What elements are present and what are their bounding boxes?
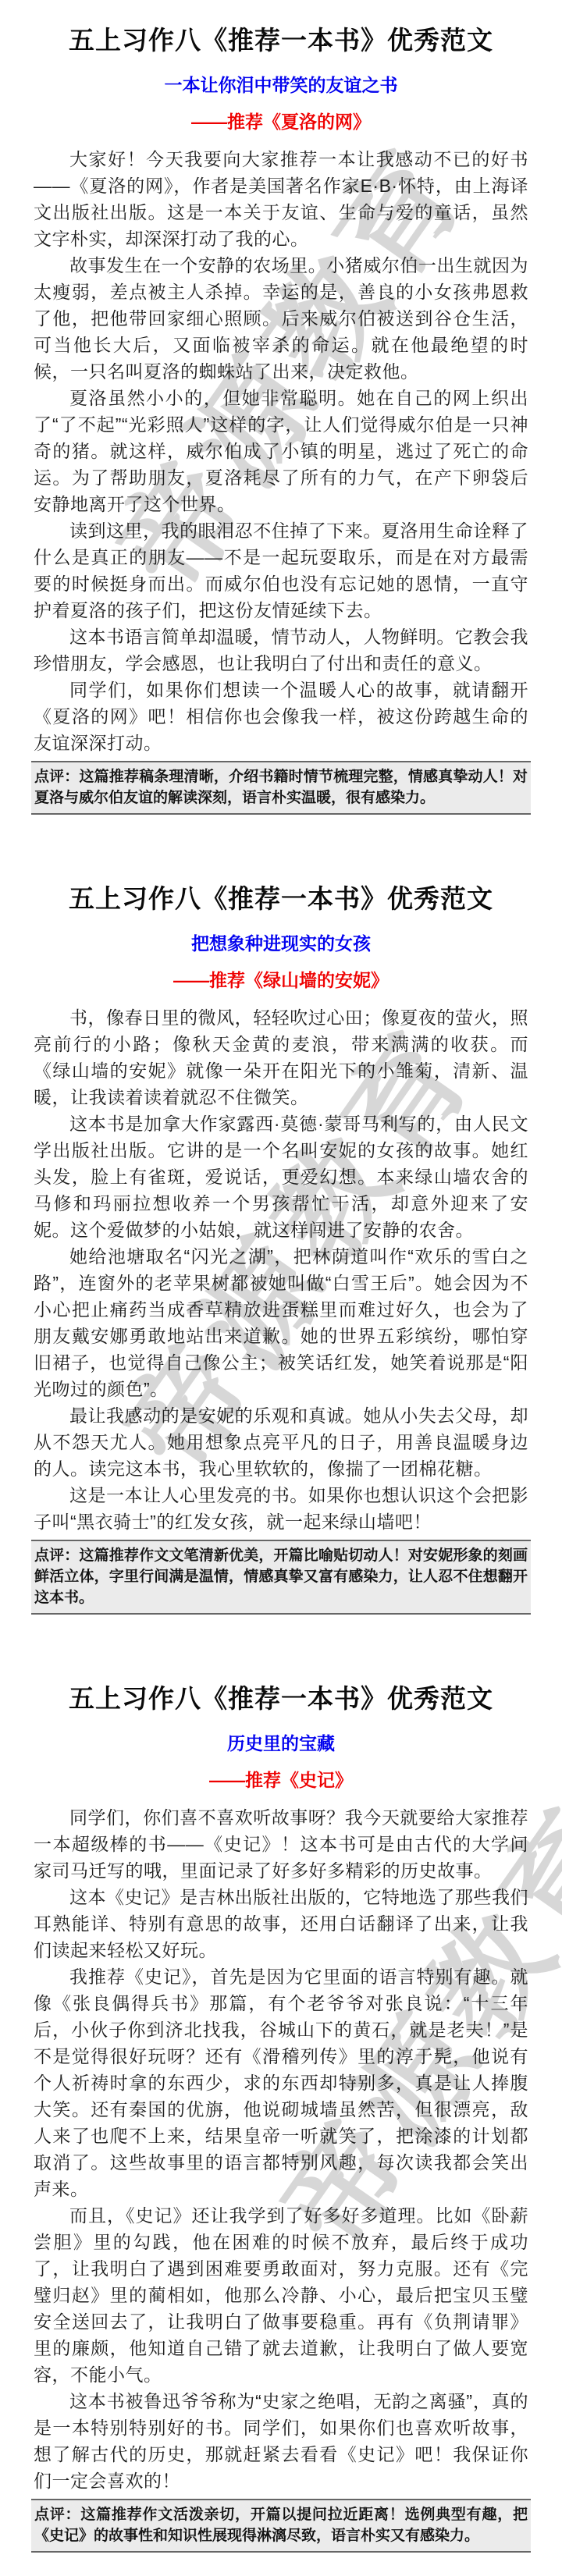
essay-paragraph: 同学们，如果你们想读一个温暖人心的故事，就请翻开《夏洛的网》吧！相信你也会像我一… xyxy=(34,677,528,756)
essay-title: 五上习作八《推荐一本书》优秀范文 xyxy=(16,1679,546,1715)
essay-subtitle: 把想象种进现实的女孩 xyxy=(0,929,562,955)
essay-title: 五上习作八《推荐一本书》优秀范文 xyxy=(16,20,546,57)
teacher-comment: 点评：这篇推荐稿条理清晰，介绍书籍时情节梳理完整，情感真挚动人！对夏洛与威尔伯友… xyxy=(31,761,531,815)
essay-paragraph: 夏洛虽然小小的，但她非常聪明。她在自己的网上织出了“了不起”“光彩照人”这样的字… xyxy=(34,385,528,517)
essay-paragraph: 这是一本让人心里发亮的书。如果你也想认识这个会把影子叫“黑衣骑士”的红发女孩，就… xyxy=(34,1482,528,1535)
essay-section-charlottes-web: 帝源教育 五上习作八《推荐一本书》优秀范文 一本让你泪中带笑的友谊之书 ——推荐… xyxy=(0,20,562,815)
essay-paragraph: 这本书是加拿大作家露西·莫德·蒙哥马利写的，由人民文学出版社出版。它讲的是一个名… xyxy=(34,1110,528,1243)
essay-body: 大家好！今天我要向大家推荐一本让我感动不已的好书——《夏洛的网》，作者是美国著名… xyxy=(0,146,562,756)
essay-title: 五上习作八《推荐一本书》优秀范文 xyxy=(16,879,546,915)
essay-paragraph: 这本书语言简单却温暖，情节动人，人物鲜明。它教会我珍惜朋友，学会感恩，也让我明白… xyxy=(34,624,528,677)
essay-body: 同学们，你们喜不喜欢听故事呀？我今天就要给大家推荐一本超级棒的书——《史记》！这… xyxy=(0,1804,562,2494)
essay-paragraph: 读到这里，我的眼泪忍不住掉了下来。夏洛用生命诠释了什么是真正的朋友——不是一起玩… xyxy=(34,517,528,624)
essay-paragraph: 而且，《史记》还让我学到了好多好多道理。比如《卧薪尝胆》里的勾践，他在困难的时候… xyxy=(34,2202,528,2388)
teacher-comment: 点评：这篇推荐作文文笔清新优美，开篇比喻贴切动人！对安妮形象的刻画鲜活立体，字里… xyxy=(31,1540,531,1615)
essay-paragraph: 最让我感动的是安妮的乐观和真诚。她从小失去父母，却从不怨天尤人。她用想象点亮平凡… xyxy=(34,1402,528,1482)
essay-section-anne-of-green-gables: 帝源教育 五上习作八《推荐一本书》优秀范文 把想象种进现实的女孩 ——推荐《绿山… xyxy=(0,879,562,1615)
essay-body: 书，像春日里的微风，轻轻吹过心田；像夏夜的萤火，照亮前行的小路；像秋天金黄的麦浪… xyxy=(0,1004,562,1535)
essay-paragraph: 故事发生在一个安静的农场里。小猪威尔伯一出生就因为太瘦弱，差点被主人杀掉。幸运的… xyxy=(34,252,528,385)
essay-paragraph: 这本书被鲁迅爷爷称为“史家之绝唱，无韵之离骚”，真的是一本特别特别好的书。同学们… xyxy=(34,2388,528,2494)
essay-paragraph: 书，像春日里的微风，轻轻吹过心田；像夏夜的萤火，照亮前行的小路；像秋天金黄的麦浪… xyxy=(34,1004,528,1110)
essay-paragraph: 她给池塘取名“闪光之湖”，把林荫道叫作“欢乐的雪白之路”，连窗外的老苹果树都被她… xyxy=(34,1243,528,1402)
essay-paragraph: 同学们，你们喜不喜欢听故事呀？我今天就要给大家推荐一本超级棒的书——《史记》！这… xyxy=(34,1804,528,1884)
essay-subtitle: 一本让你泪中带笑的友谊之书 xyxy=(0,71,562,97)
teacher-comment: 点评：这篇推荐作文活泼亲切，开篇以提问拉近距离！选例典型有趣，把《史记》的故事性… xyxy=(31,2499,531,2553)
essay-recommend-line: ——推荐《史记》 xyxy=(0,1766,562,1792)
essay-recommend-line: ——推荐《夏洛的网》 xyxy=(0,108,562,133)
essay-recommend-line: ——推荐《绿山墙的安妮》 xyxy=(0,966,562,992)
document-page: 帝源教育 五上习作八《推荐一本书》优秀范文 一本让你泪中带笑的友谊之书 ——推荐… xyxy=(0,0,562,2576)
essay-paragraph: 我推荐《史记》，首先是因为它里面的语言特别有趣。就像《张良偶得兵书》那篇，有个老… xyxy=(34,1963,528,2202)
essay-paragraph: 大家好！今天我要向大家推荐一本让我感动不已的好书——《夏洛的网》，作者是美国著名… xyxy=(34,146,528,252)
essay-section-shiji: 帝源教育 五上习作八《推荐一本书》优秀范文 历史里的宝藏 ——推荐《史记》 同学… xyxy=(0,1679,562,2553)
essay-subtitle: 历史里的宝藏 xyxy=(0,1729,562,1755)
essay-paragraph: 这本《史记》是吉林出版社出版的，它特地选了那些我们耳熟能详、特别有意思的故事，还… xyxy=(34,1884,528,1963)
